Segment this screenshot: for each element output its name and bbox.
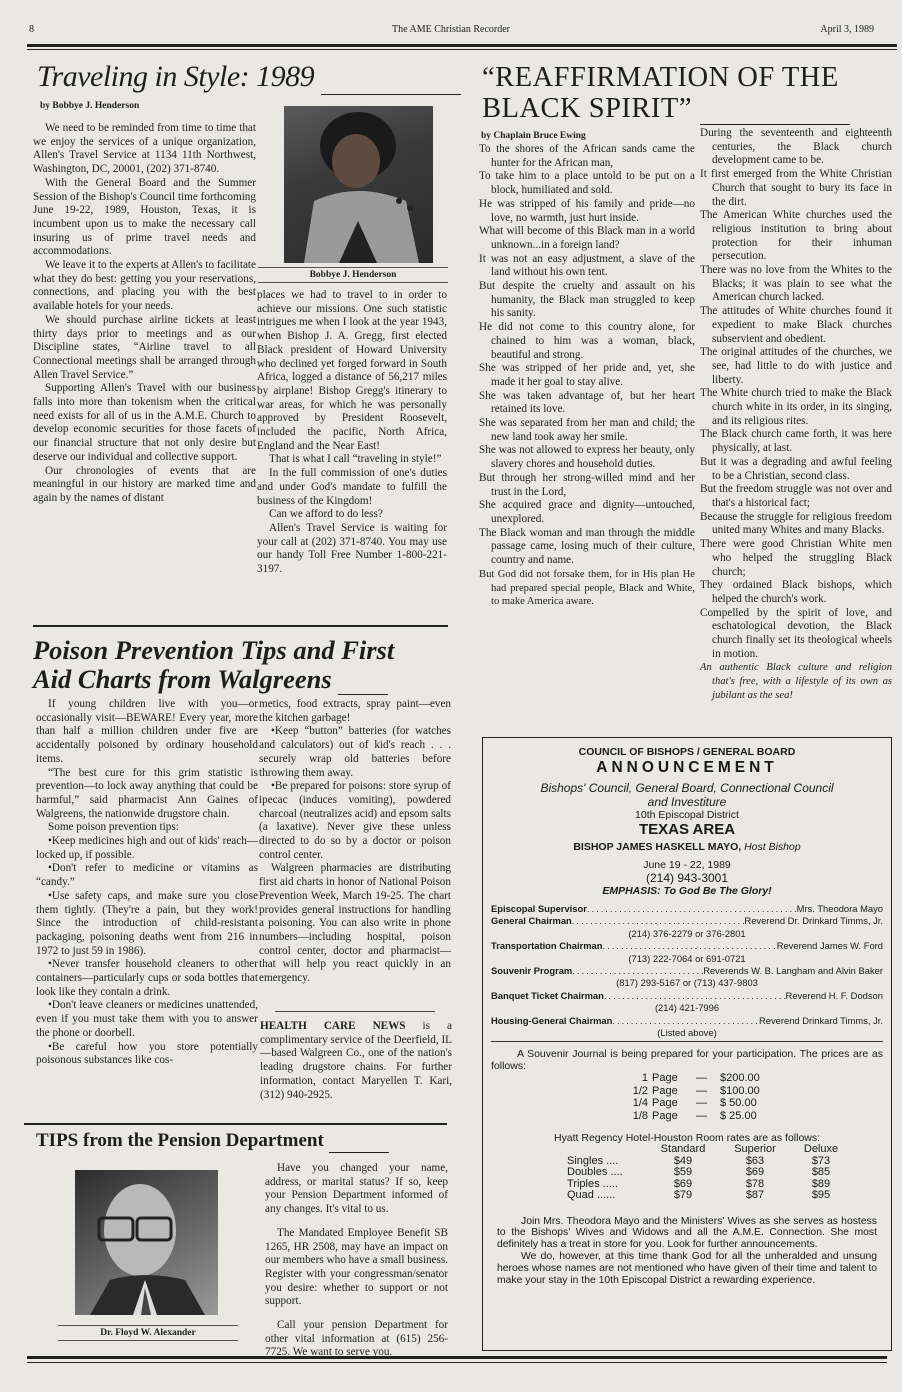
officer-phone: (214) 421-7996 [491,1002,883,1014]
stanza: The original attitudes of the churches, … [700,346,892,387]
stanza: An authentic Black culture and religion … [700,661,892,702]
author-photo [284,106,433,263]
paragraph: Walgreen pharmacies are distributing fir… [259,862,451,985]
officer-phone: (817) 293-5167 or (713) 437-9803 [491,977,883,989]
paragraph: If young children live with you—or occas… [36,698,258,767]
poem-title: “REAFFIRMATION OF THE BLACK SPIRIT” [482,62,850,125]
paragraph: •Be careful how you store potentially po… [36,1041,258,1068]
stanza: They ordained Black bishops, which helpe… [700,579,892,606]
paragraph: metics, food extracts, spray paint—even … [259,698,451,725]
section-divider [24,1123,447,1125]
header-rule-thin [27,49,897,50]
announcement-subtitle-1: Bishops' Council, General Board, Connect… [483,781,891,795]
paragraph: places we had to travel to in order to a… [257,289,447,453]
article-column-1: We need to be reminded from time to time… [33,122,256,506]
health-care-news-text: is a complimentary service of the Deerfi… [260,1020,452,1101]
officer-phone: (713) 222-7064 or 691-0721 [491,953,883,965]
stanza: There were good Christian White men who … [700,538,892,579]
portrait-woman-icon [284,106,433,263]
paragraph: •Keep “button” batteries (for watches an… [259,725,451,780]
emphasis: EMPHASIS: To God Be The Glory! [483,885,891,897]
paragraph: •Don't refer to medicine or vitamins as … [36,862,258,889]
paragraph: Have you changed your name, address, or … [265,1162,448,1217]
officer-row: General ChairmanReverend Dr. Drinkard Ti… [491,915,883,927]
stanza: But through her strong-willed mind and h… [479,472,695,499]
footer-rule-thin [27,1362,887,1363]
paragraph: We do, however, at this time thank God f… [497,1251,877,1286]
announcement-heading: ANNOUNCEMENT [483,759,891,777]
stanza: During the seventeenth and eighteenth ce… [700,127,892,168]
stanza: But despite the cruelty and assault on h… [479,280,695,321]
article-column-2: places we had to travel to in order to a… [257,289,447,577]
stanza: But it was a degrading and awful feeling… [700,456,892,483]
stanza: She was not allowed to express her beaut… [479,444,695,471]
stanza: But God did not forsake them, for in His… [479,568,695,609]
journal-intro: A Souvenir Journal is being prepared for… [483,1048,891,1072]
paragraph: •Never transfer household cleaners to ot… [36,958,258,999]
stanza: It was not an easy adjustment, a slave o… [479,253,695,280]
officer-row: Souvenir ProgramReverends W. B. Langham … [491,965,883,977]
stanza: It first emerged from the White Christia… [700,168,892,209]
officer-phone: (214) 376-2279 or 376-2801 [491,928,883,940]
paragraph: HEALTH CARE NEWS is a complimentary serv… [260,1020,452,1102]
event-dates: June 19 - 22, 1989 [483,859,891,871]
issue-date: April 3, 1989 [820,24,874,35]
paragraph: Join Mrs. Theodora Mayo and the Minister… [497,1216,877,1251]
announcement-divider [491,1041,883,1042]
officer-row: Transportation ChairmanReverend James W.… [491,940,883,952]
announcement-box: COUNCIL OF BISHOPS / GENERAL BOARD ANNOU… [482,737,892,1351]
paragraph: We should purchase airline tickets at le… [33,314,256,383]
byline: by Chaplain Bruce Ewing [481,131,586,141]
paragraph: Supporting Allen's Travel with our busin… [33,382,256,464]
short-divider [275,1011,435,1012]
paragraph: With the General Board and the Summer Se… [33,177,256,259]
article-title: Poison Prevention Tips and First Aid Cha… [33,636,394,695]
district: 10th Episcopal District [483,809,891,821]
stanza: Because the struggle for religious freed… [700,511,892,538]
officer-phone: (Listed above) [491,1027,883,1039]
journal-price-table: 1Page—$200.00 1/2Page—$100.00 1/4Page—$ … [608,1072,891,1122]
stanza: She was stripped of her pride and, yet, … [479,362,695,389]
paragraph: Our chronologies of events that are mean… [33,465,256,506]
stanza: She was separated from her man and child… [479,417,695,444]
area: TEXAS AREA [483,821,891,838]
closing-text: Join Mrs. Theodora Mayo and the Minister… [483,1216,891,1287]
photo-caption: Dr. Floyd W. Alexander [58,1325,238,1341]
health-care-news-lead: HEALTH CARE NEWS [260,1020,406,1032]
stanza: He did not come to this country alone, f… [479,321,695,362]
pension-photo [75,1170,218,1315]
paragraph: •Use safety caps, and make sure you clos… [36,890,258,959]
stanza: She was taken advantage of, but her hear… [479,390,695,417]
stanza: The attitudes of White churches found it… [700,305,892,346]
paragraph: •Don't leave cleaners or medicines unatt… [36,999,258,1040]
portrait-man-icon [75,1170,218,1315]
stanza: To take him to a place untold to be put … [479,170,695,197]
paragraph: We leave it to the experts at Allen's to… [33,259,256,314]
article-column-2: metics, food extracts, spray paint—even … [259,698,451,986]
paragraph: Some poison prevention tips: [36,821,258,835]
event-phone: (214) 943-3001 [483,871,891,885]
paragraph: The Mandated Employee Benefit SB 1265, H… [265,1227,448,1309]
host-bishop: BISHOP JAMES HASKELL MAYO, Host Bishop [483,841,891,853]
stanza: The American White churches used the rel… [700,209,892,264]
article-column-1: If young children live with you—or occas… [36,698,258,1068]
announcement-kicker: COUNCIL OF BISHOPS / GENERAL BOARD [483,746,891,758]
stanza: What will become of this Black man in a … [479,225,695,252]
poem-column-1: To the shores of the African sands came … [479,143,695,609]
article-title: Traveling in Style: 1989 [37,60,461,95]
officer-list: Episcopal SupervisorMrs. Theodora Mayo G… [483,903,891,1039]
stanza: To the shores of the African sands came … [479,143,695,170]
header-rule [27,44,897,47]
article-title: TIPS from the Pension Department [36,1130,389,1153]
publication-name: The AME Christian Recorder [0,24,902,35]
stanza: She acquired grace and dignity—untouched… [479,499,695,526]
host-role: Host Bishop [741,841,801,853]
officer-row: Housing-General ChairmanReverend Drinkar… [491,1015,883,1027]
stanza: The Black woman and man through the midd… [479,527,695,568]
paragraph: •Keep medicines high and out of kids' re… [36,835,258,862]
footer-rule [27,1356,887,1359]
photo-caption: Bobbye J. Henderson [258,267,448,283]
paragraph: Allen's Travel Service is waiting for yo… [257,522,447,577]
health-care-news: HEALTH CARE NEWS is a complimentary serv… [260,1020,452,1102]
announcement-subtitle-2: and Investiture [483,795,891,809]
section-divider [33,625,448,627]
stanza: There was no love from the Whites to the… [700,264,892,305]
host-name: BISHOP JAMES HASKELL MAYO, [573,841,741,853]
paragraph: That is what I call “traveling in style!… [257,453,447,467]
paragraph: Can we afford to do less? [257,508,447,522]
paragraph: •Be prepared for poisons: store syrup of… [259,780,451,862]
stanza: The Black church came forth, it was here… [700,428,892,455]
officer-row: Episcopal SupervisorMrs. Theodora Mayo [491,903,883,915]
paragraph: We need to be reminded from time to time… [33,122,256,177]
stanza: He was stripped of his family and pride—… [479,198,695,225]
byline: by Bobbye J. Henderson [40,101,139,111]
stanza: The White church tried to make the Black… [700,387,892,428]
hotel-rate-table: StandardSuperiorDeluxe Singles ....$49$6… [567,1144,891,1202]
officer-row: Banquet Ticket ChairmanReverend H. F. Do… [491,990,883,1002]
paragraph: Call your pension Department for other v… [265,1319,448,1360]
paragraph: “The best cure for this grim statistic i… [36,767,258,822]
stanza: But the freedom struggle was not over an… [700,483,892,510]
paragraph: In the full commission of one's duties a… [257,467,447,508]
pension-text: Have you changed your name, address, or … [265,1162,448,1360]
stanza: Compelled by the spirit of love, and esc… [700,607,892,662]
poem-column-2: During the seventeenth and eighteenth ce… [700,127,892,703]
